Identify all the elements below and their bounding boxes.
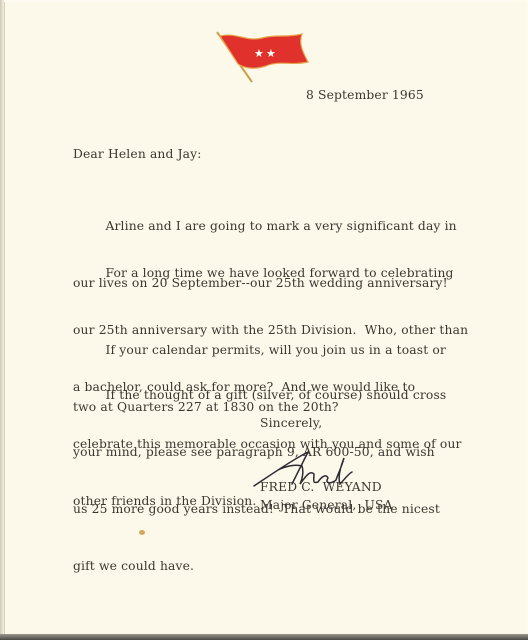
letter-date: 8 September 1965 (306, 86, 424, 105)
signer-name: FRED C. WEYAND (260, 478, 382, 497)
closing: Sincerely, (260, 414, 322, 433)
signer-title: Major General, USA (260, 496, 393, 515)
paper-stain (139, 530, 145, 535)
scan-bottom-edge (0, 634, 528, 640)
svg-text:★: ★ (254, 47, 264, 60)
salutation: Dear Helen and Jay: (73, 145, 202, 164)
two-star-general-flag-icon: ★ ★ (214, 30, 309, 85)
svg-text:★: ★ (266, 47, 276, 60)
